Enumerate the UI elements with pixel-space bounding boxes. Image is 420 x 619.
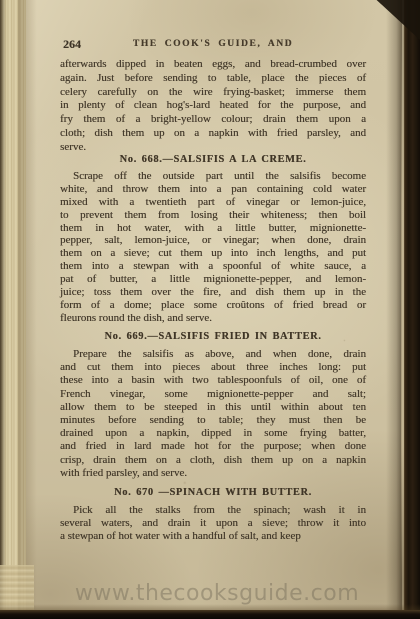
text-line: Scrape off the outside part until the sa… <box>60 170 366 183</box>
text-line: a stewpan of hot water with a handful of… <box>60 530 366 543</box>
text-line: white, and throw them into a pan contain… <box>60 183 366 196</box>
text-line: mixed with a twentieth part of vinegar o… <box>60 196 366 209</box>
text-line: several waters, and drain it upon a siev… <box>60 517 366 530</box>
text-line: Prepare the salsifis as above, and when … <box>60 348 366 361</box>
text-line: allow them to be steeped in this until w… <box>60 401 366 414</box>
text-line: juice; toss them over the fire, and dish… <box>60 286 366 299</box>
text-line: fleurons round the dish, and serve. <box>60 312 366 325</box>
text-line: these into a basin with two tablespoonfu… <box>60 374 366 387</box>
text-line: cloth; dish them up on a napkin with fri… <box>60 127 366 141</box>
text-line: in plenty of clean hog's-lard heated for… <box>60 99 366 113</box>
text-line: Pick all the stalks from the spinach; wa… <box>60 504 366 517</box>
paragraph-continuation: afterwards dipped in beaten eggs, and br… <box>60 58 366 155</box>
recipe-669-heading: No. 669.—SALSIFIS FRIED IN BATTER. <box>60 331 366 342</box>
text-line: pat of butter, a little mignionette-pepp… <box>60 273 366 286</box>
recipe-670-body: Pick all the stalks from the spinach; wa… <box>60 504 366 544</box>
text-line: and fried in lard made hot for the purpo… <box>60 440 366 453</box>
text-line: fry them of a bright-yellow colour; drai… <box>60 113 366 127</box>
text-line: again. Just before sending to table, pla… <box>60 72 366 86</box>
recipe-669-body: Prepare the salsifis as above, and when … <box>60 348 366 480</box>
photo-edge-bottom <box>0 610 420 619</box>
recipe-670-heading: No. 670 —SPINACH WITH BUTTER. <box>60 487 366 498</box>
page-header: 264 THE COOK'S GUIDE, AND <box>60 37 366 53</box>
recipe-668-body: Scrape off the outside part until the sa… <box>60 170 366 325</box>
text-line: afterwards dipped in beaten eggs, and br… <box>60 58 366 72</box>
text-line: drained upon a napkin, dipped in some fr… <box>60 427 366 440</box>
text-line: minutes before sending to table; they mu… <box>60 414 366 427</box>
text-line: them into a stewpan with a spoonful of w… <box>60 260 366 273</box>
text-line: French vinegar, some mignionette-pepper … <box>60 388 366 401</box>
text-line: celery carefully on the wire frying-bask… <box>60 86 366 100</box>
text-line: form of a dome; place some croûtons of f… <box>60 299 366 312</box>
text-line: pepper, salt, lemon-juice, or vinegar; w… <box>60 234 366 247</box>
text-line: them in hot water, with a little butter,… <box>60 222 366 235</box>
text-line: crisp, drain them on a cloth, dish them … <box>60 454 366 467</box>
recipe-668-heading: No. 668.—SALSIFIS A LA CREME. <box>60 154 366 165</box>
page-edge-highlight <box>401 40 404 580</box>
watermark-url: www.thecooksguide.com <box>0 581 420 606</box>
text-line: with fried parsley, and serve. <box>60 467 366 480</box>
gutter-shadow <box>18 0 40 619</box>
scanned-book-page-photo: 264 THE COOK'S GUIDE, AND afterwards dip… <box>0 0 420 619</box>
text-line: and cut them into pieces about three inc… <box>60 361 366 374</box>
text-line: them on a sieve; cut them up into inch l… <box>60 247 366 260</box>
text-line: serve. <box>60 141 366 155</box>
text-line: to prevent them from losing their whiten… <box>60 209 366 222</box>
running-title: THE COOK'S GUIDE, AND <box>60 39 366 49</box>
